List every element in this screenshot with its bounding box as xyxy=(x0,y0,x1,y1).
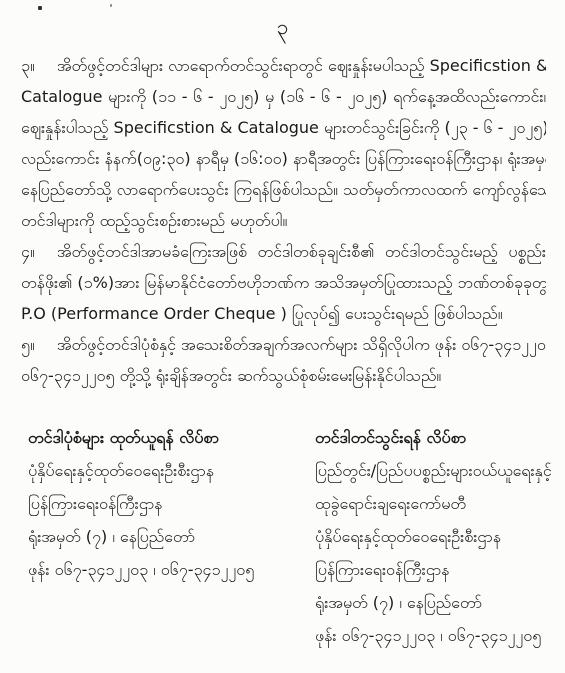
paragraph-3-number: ၃။ xyxy=(21,50,35,81)
paragraph-4-line-3: P.O (Performance Order Cheque ) ပြုလုပ်၍… xyxy=(21,298,546,329)
paragraph-4-number: ၄။ xyxy=(21,236,35,267)
pickup-address-line: ရုံးအမှတ် (၇) ၊ နေပြည်တော် xyxy=(28,520,290,553)
paragraph-4-line-2: တန်ဖိုး၏ (၁%)အား မြန်မာနိုင်ငံတော်ဗဟိုဘဏ… xyxy=(21,267,546,298)
pickup-address-line: ပုံနှိပ်ရေးနှင့်ထုတ်ဝေရေးဦးစီးဌာန xyxy=(28,454,290,487)
body-text: ၃။အိတ်ဖွင့်တင်ဒါများ လာရောက်တင်သွင်းရာတွ… xyxy=(21,50,546,391)
submit-address-heading: တင်ဒါတင်သွင်းရန် လိပ်စာ xyxy=(315,421,552,454)
paragraph-3-line-1: ၃။အိတ်ဖွင့်တင်ဒါများ လာရောက်တင်သွင်းရာတွ… xyxy=(21,50,546,81)
paragraph-3-line-4: လည်းကောင်း နံနက်(၀၉:၃၀) နာရီမှ (၁၆:၀၀) န… xyxy=(21,143,546,174)
paragraph-3-line-6: တင်ဒါများကို ထည့်သွင်းစဉ်းစားမည် မဟုတ်ပါ… xyxy=(21,205,546,236)
address-columns: တင်ဒါပုံစံများ ထုတ်ယူရန် လိပ်စာ ပုံနှိပ်… xyxy=(28,421,547,652)
paragraph-5-line-2: ၀၆၇-၃၄၁၂၂၀၅ တို့သို့ ရုံးချိန်အတွင်း ဆက်… xyxy=(21,360,546,391)
paragraph-3-line-2: Catalogue များကို (၁၁ - ၆ - ၂၀၂၅) မှ (၁၆… xyxy=(21,81,546,112)
scan-speck xyxy=(38,6,42,10)
paragraph-4-text: အိတ်ဖွင့်တင်ဒါအာမခံကြေးအဖြစ် တင်ဒါတစ်ခုခ… xyxy=(57,242,546,261)
page-number: ၃ xyxy=(0,12,565,42)
document-page: ၃ ၃။အိတ်ဖွင့်တင်ဒါများ လာရောက်တင်သွင်းရာ… xyxy=(0,0,565,673)
paragraph-3-line-3: ဈေးနှုန်းပါသည့် Specificstion & Catalogu… xyxy=(21,112,546,143)
paragraph-5-text: အိတ်ဖွင့်တင်ဒါပုံစံနှင့် အသေးစိတ်အချက်အလ… xyxy=(57,335,546,354)
paragraph-3-line-5: နေပြည်တော်သို့ လာရောက်ပေးသွင်း ကြရန်ဖြစ်… xyxy=(21,174,546,205)
submit-address-line: ပြည်တွင်း/ပြည်ပပစ္စည်းများဝယ်ယူရေးနှင့် xyxy=(315,454,552,487)
paragraph-5-line-1: ၅။အိတ်ဖွင့်တင်ဒါပုံစံနှင့် အသေးစိတ်အချက်… xyxy=(21,329,546,360)
submit-address-phone: ဖုန်း ၀၆၇-၃၄၁၂၂၀၃ ၊ ၀၆၇-၃၄၁၂၂၀၅ xyxy=(315,619,552,652)
submit-address-line: ပုံနှိပ်ရေးနှင့်ထုတ်ဝေရေးဦးစီးဌာန xyxy=(315,520,552,553)
pickup-address-line: ပြန်ကြားရေးဝန်ကြီးဌာန xyxy=(28,487,290,520)
pickup-address-heading: တင်ဒါပုံစံများ ထုတ်ယူရန် လိပ်စာ xyxy=(28,421,290,454)
pickup-address-column: တင်ဒါပုံစံများ ထုတ်ယူရန် လိပ်စာ ပုံနှိပ်… xyxy=(28,421,290,652)
paragraph-3-text: အိတ်ဖွင့်တင်ဒါများ လာရောက်တင်သွင်းရာတွင်… xyxy=(57,56,546,75)
paragraph-5-number: ၅။ xyxy=(21,329,35,360)
paragraph-4-line-1: ၄။အိတ်ဖွင့်တင်ဒါအာမခံကြေးအဖြစ် တင်ဒါတစ်ခ… xyxy=(21,236,546,267)
submit-address-column: တင်ဒါတင်သွင်းရန် လိပ်စာ ပြည်တွင်း/ပြည်ပပ… xyxy=(315,421,552,652)
pickup-address-phone: ဖုန်း ၀၆၇-၃၄၁၂၂၀၃ ၊ ၀၆၇-၃၄၁၂၂၀၅ xyxy=(28,553,290,586)
submit-address-line: ရုံးအမှတ် (၇) ၊ နေပြည်တော် xyxy=(315,586,552,619)
submit-address-line: ထုခွဲရောင်းချရေးကော်မတီ xyxy=(315,487,552,520)
submit-address-line: ပြန်ကြားရေးဝန်ကြီးဌာန xyxy=(315,553,552,586)
scan-speck xyxy=(110,4,112,7)
